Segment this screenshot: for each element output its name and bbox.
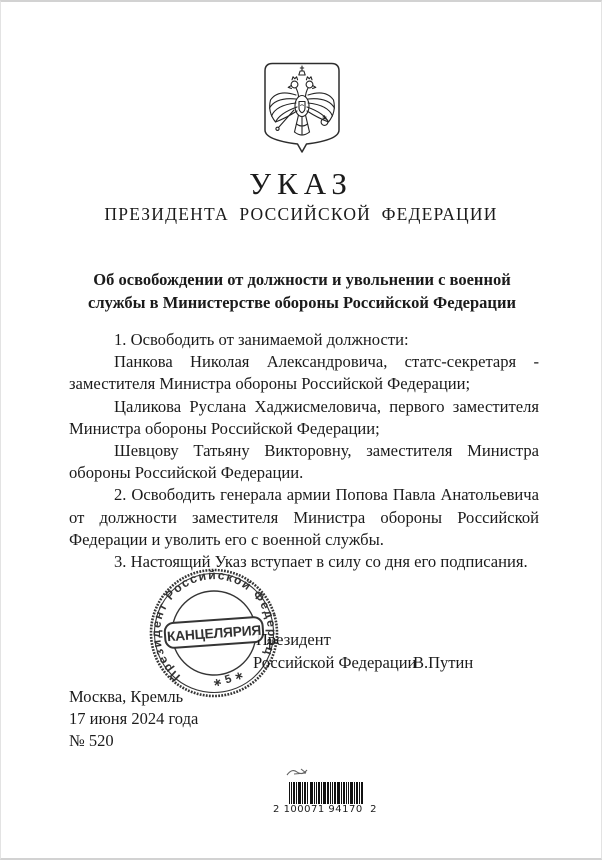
- decree-body: 1. Освободить от занимаемой должности: П…: [69, 329, 539, 573]
- decree-page: УКАЗ ПРЕЗИДЕНТА РОССИЙСКОЙ ФЕДЕРАЦИИ Об …: [0, 0, 602, 860]
- paragraph-4: Шевцову Татьяну Викторовну, заместителя …: [69, 440, 539, 484]
- issue-number: № 520: [69, 730, 198, 752]
- decree-title-line2: службы в Министерстве обороны Российской…: [67, 291, 537, 314]
- russia-coat-of-arms-icon: [258, 60, 346, 156]
- issue-date: 17 июня 2024 года: [69, 708, 198, 730]
- chancellery-stamp: Президент Российской Федерации ∗ 5 ∗ КАН…: [147, 566, 281, 700]
- pen-mark: [285, 765, 315, 779]
- paragraph-3: Цаликова Руслана Хаджисмеловича, первого…: [69, 396, 539, 440]
- decree-title: Об освобождении от должности и увольнени…: [67, 268, 537, 314]
- paragraph-2: Панкова Николая Александровича, статс-се…: [69, 351, 539, 395]
- issue-details: Москва, Кремль 17 июня 2024 года № 520: [69, 686, 198, 752]
- barcode-digits: 2 100071 94170 2: [273, 804, 377, 815]
- paragraph-6: 3. Настоящий Указ вступает в силу со дня…: [69, 551, 539, 573]
- stamp-bottom-text: ∗ 5 ∗: [211, 669, 245, 690]
- decree-heading: УКАЗ: [1, 166, 601, 202]
- paragraph-1: 1. Освободить от занимаемой должности:: [69, 329, 539, 351]
- decree-title-line1: Об освобождении от должности и увольнени…: [67, 268, 537, 291]
- issuer-heading: ПРЕЗИДЕНТА РОССИЙСКОЙ ФЕДЕРАЦИИ: [1, 204, 601, 225]
- publication-barcode: [289, 782, 363, 804]
- signature-name: В.Путин: [413, 653, 473, 673]
- issue-place: Москва, Кремль: [69, 686, 198, 708]
- paragraph-5: 2. Освободить генерала армии Попова Павл…: [69, 484, 539, 551]
